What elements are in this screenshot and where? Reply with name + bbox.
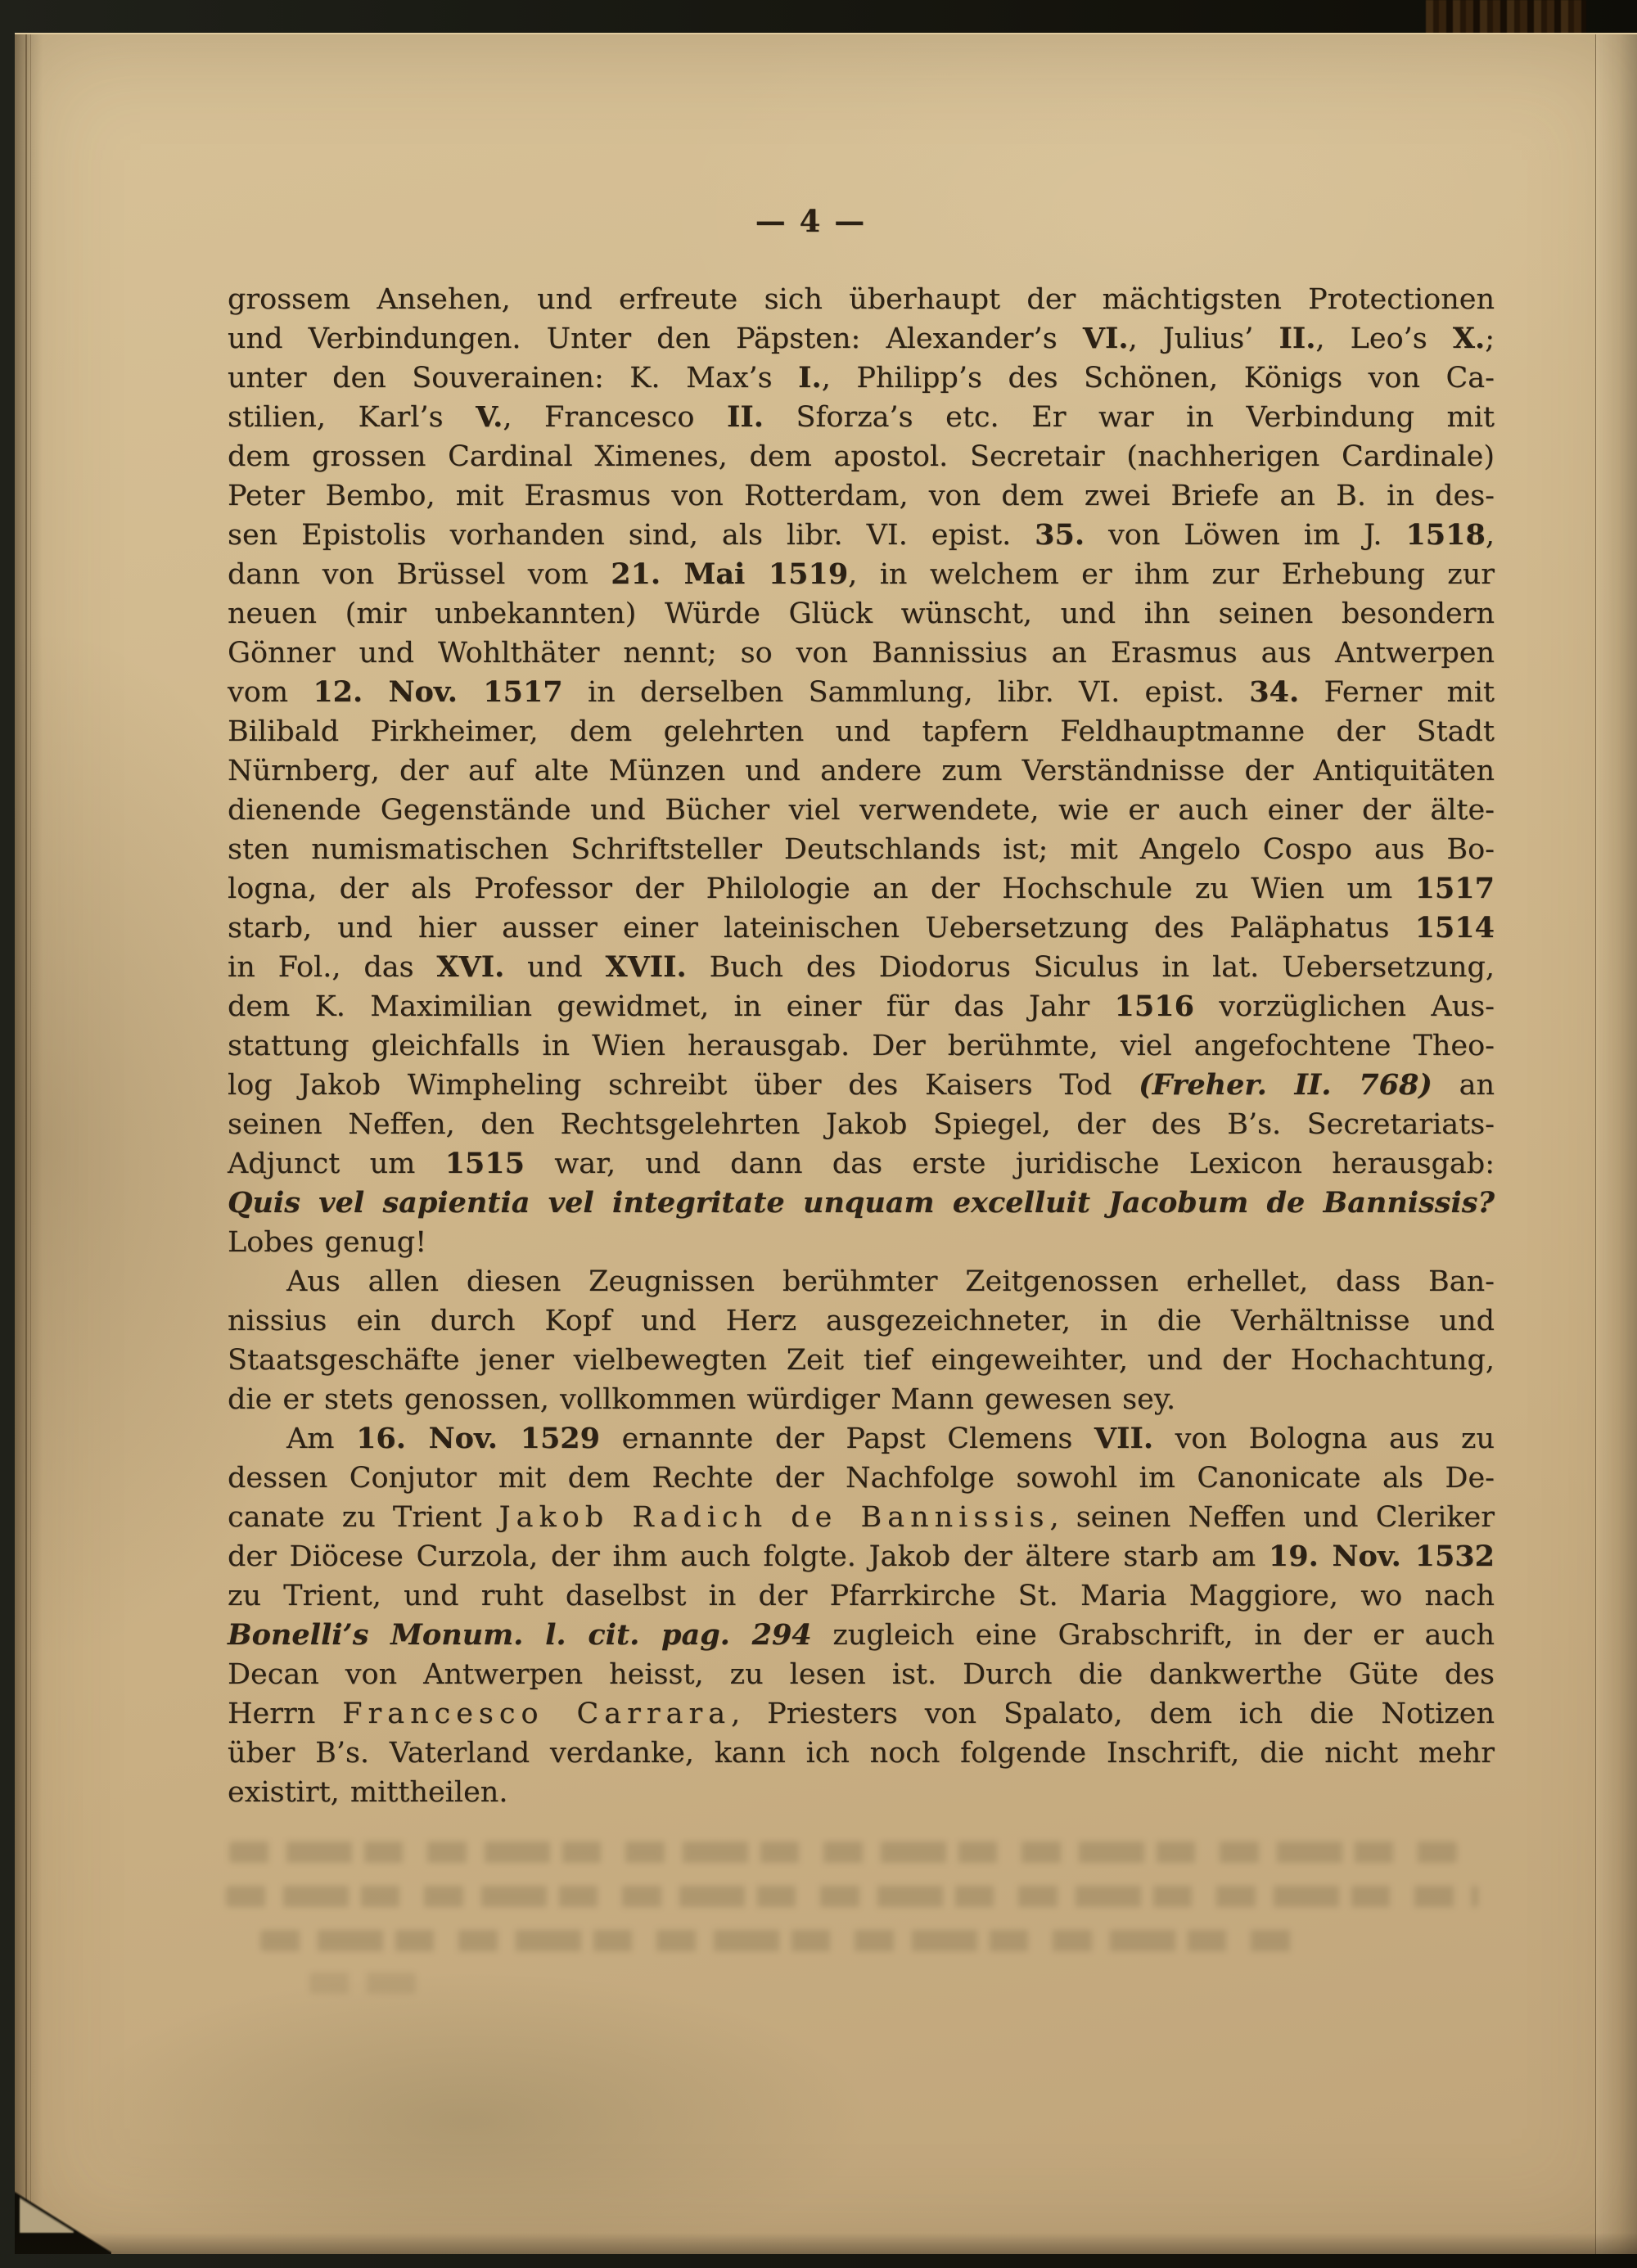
text-line: Bonelli’s Monum. l. cit. pag. 294 zuglei… bbox=[228, 1616, 1495, 1655]
text-line: stilien, Karl’s V., Francesco II. Sforza… bbox=[228, 398, 1495, 437]
text-line: nissius ein durch Kopf und Herz ausgezei… bbox=[228, 1301, 1495, 1341]
text-line: Quis vel sapientia vel integritate unqua… bbox=[228, 1184, 1495, 1223]
text-line: die er stets genossen, vollkommen würdig… bbox=[228, 1380, 1495, 1419]
text-line: sten numismatischen Schriftsteller Deuts… bbox=[228, 830, 1495, 869]
text-line: existirt, mittheilen. bbox=[228, 1773, 1495, 1812]
text-line: der Diöcese Curzola, der ihm auch folgte… bbox=[228, 1537, 1495, 1576]
text-line: logna, der als Professor der Philologie … bbox=[228, 869, 1495, 909]
bleed-through-text bbox=[260, 1930, 1308, 1951]
text-line: unter den Souverainen: K. Max’s I., Phil… bbox=[228, 358, 1495, 398]
text-line: Bilibald Pirkheimer, dem gelehrten und t… bbox=[228, 712, 1495, 751]
text-line: Staatsgeschäfte jener vielbewegten Zeit … bbox=[228, 1341, 1495, 1380]
text-line: dann von Brüssel vom 21. Mai 1519, in we… bbox=[228, 555, 1495, 594]
text-line: grossem Ansehen, und erfreute sich überh… bbox=[228, 280, 1495, 319]
text-line: Am 16. Nov. 1529 ernannte der Papst Clem… bbox=[228, 1419, 1495, 1459]
text-line: Gönner und Wohlthäter nennt; so von Bann… bbox=[228, 634, 1495, 673]
text-line: starb, und hier ausser einer lateinische… bbox=[228, 909, 1495, 948]
book-scan: — 4 — grossem Ansehen, und erfreute sich… bbox=[0, 0, 1637, 2268]
text-lines: grossem Ansehen, und erfreute sich überh… bbox=[228, 280, 1495, 1812]
text-line: Peter Bembo, mit Erasmus von Rotterdam, … bbox=[228, 476, 1495, 516]
next-page-fore-edge bbox=[1595, 34, 1637, 2254]
bottom-edge-shadow bbox=[15, 2233, 1637, 2254]
text-line: dessen Conjutor mit dem Rechte der Nachf… bbox=[228, 1459, 1495, 1498]
text-line: in Fol., das XVI. und XVII. Buch des Dio… bbox=[228, 948, 1495, 987]
text-line: über B’s. Vaterland verdanke, kann ich n… bbox=[228, 1734, 1495, 1773]
text-line: Aus allen diesen Zeugnissen berühmter Ze… bbox=[228, 1262, 1495, 1301]
text-line: Nürnberg, der auf alte Münzen und andere… bbox=[228, 751, 1495, 791]
page-left-edge-line bbox=[25, 34, 27, 2254]
text-line: neuen (mir unbekannten) Würde Glück wüns… bbox=[228, 594, 1495, 634]
text-line: Decan von Antwerpen heisst, zu lesen ist… bbox=[228, 1655, 1495, 1694]
bleed-through-text bbox=[226, 1886, 1478, 1907]
text-line: dienende Gegenstände und Bücher viel ver… bbox=[228, 791, 1495, 830]
text-line: Herrn Francesco Carrara, Priesters von S… bbox=[228, 1694, 1495, 1734]
text-line: seinen Neffen, den Rechtsgelehrten Jakob… bbox=[228, 1105, 1495, 1144]
text-line: Adjunct um 1515 war, und dann das erste … bbox=[228, 1144, 1495, 1184]
page-left-edge-line-2 bbox=[30, 34, 31, 2254]
page-number: — 4 — bbox=[178, 203, 1443, 239]
bottom-left-corner-fold bbox=[20, 2192, 74, 2233]
text-line: zu Trient, und ruht daselbst in der Pfar… bbox=[228, 1576, 1495, 1616]
text-line: stattung gleichfalls in Wien herausgab. … bbox=[228, 1026, 1495, 1066]
book-page: — 4 — grossem Ansehen, und erfreute sich… bbox=[15, 33, 1637, 2254]
text-line: log Jakob Wimpheling schreibt über des K… bbox=[228, 1066, 1495, 1105]
bleed-through-text bbox=[309, 1973, 416, 1994]
text-line: vom 12. Nov. 1517 in derselben Sammlung,… bbox=[228, 673, 1495, 712]
bleed-through-text bbox=[229, 1842, 1457, 1863]
text-line: dem K. Maximilian gewidmet, in einer für… bbox=[228, 987, 1495, 1026]
text-line: canate zu Trient Jakob Radich de Banniss… bbox=[228, 1498, 1495, 1537]
text-line: dem grossen Cardinal Ximenes, dem aposto… bbox=[228, 437, 1495, 476]
text-line: sen Epistolis vorhanden sind, als libr. … bbox=[228, 516, 1495, 555]
text-line: Lobes genug! bbox=[228, 1223, 1495, 1262]
spine-shadow bbox=[15, 34, 43, 2254]
text-line: und Verbindungen. Unter den Päpsten: Ale… bbox=[228, 319, 1495, 358]
binding-texture bbox=[1426, 0, 1586, 36]
